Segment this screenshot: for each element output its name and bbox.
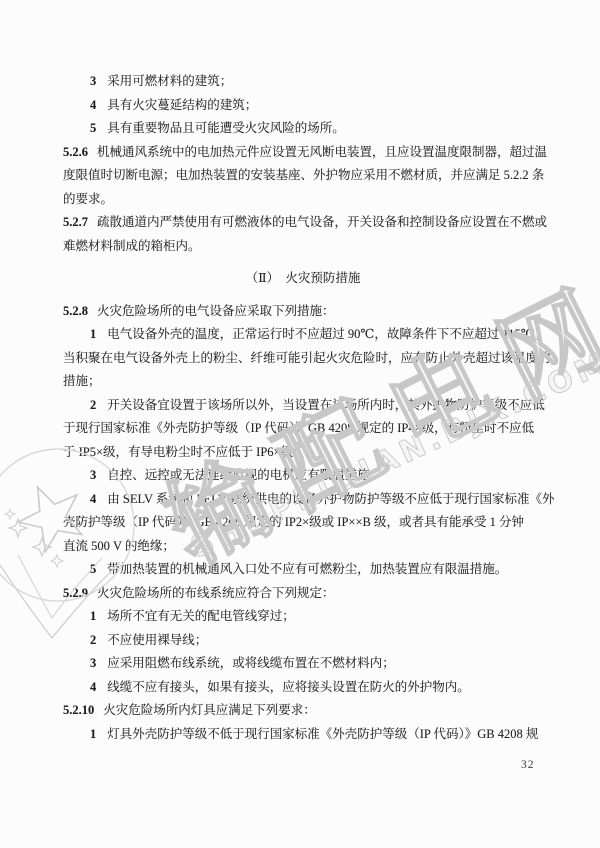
list-item-line: 3自控、远控或无法连续监视的电机应有限温措施； bbox=[63, 464, 543, 488]
line-text: 火灾危险场所内灯具应满足下列要求： bbox=[103, 703, 316, 717]
line-text: 采用可燃材料的建筑； bbox=[107, 74, 232, 88]
line-number: 2 bbox=[90, 398, 96, 412]
list-item-line: 1灯具外壳防护等级不低于现行国家标准《外壳防护等级（IP 代码）》GB 4208… bbox=[63, 723, 543, 747]
clause-line: 5.2.10火灾危险场所内灯具应满足下列要求： bbox=[63, 699, 543, 723]
line-number: 1 bbox=[90, 327, 96, 341]
line-text: 难燃材料制成的箱柜内。 bbox=[63, 239, 201, 253]
continuation-line: 于现行国家标准《外壳防护等级（IP 代码）》GB 4208 规定的 IP4×级，… bbox=[63, 417, 543, 441]
sparkle-star-icon bbox=[9, 519, 27, 537]
continuation-line: 直流 500 V 的绝缘； bbox=[63, 535, 543, 559]
line-text: 于 IP5×级，有导电粉尘时不应低于 IP6×级； bbox=[63, 445, 306, 459]
list-item-line: 3应采用阻燃布线系统，或将线缆布置在不燃材料内； bbox=[63, 652, 543, 676]
line-number: 2 bbox=[90, 633, 96, 647]
continuation-line: 的要求。 bbox=[63, 188, 543, 212]
list-item-line: 2不应使用裸导线； bbox=[63, 629, 543, 653]
line-text: 具有重要物品且可能遭受火灾风险的场所。 bbox=[107, 121, 345, 135]
line-number: 1 bbox=[90, 727, 96, 741]
continuation-line: 措施； bbox=[63, 370, 543, 394]
line-number: 4 bbox=[90, 98, 96, 112]
line-number: 3 bbox=[90, 468, 96, 482]
line-number: 5.2.9 bbox=[63, 586, 88, 600]
line-number: 5.2.7 bbox=[63, 215, 88, 229]
line-text: 于现行国家标准《外壳防护等级（IP 代码）》GB 4208 规定的 IP4×级，… bbox=[63, 421, 534, 435]
sparkle-star-icon bbox=[5, 509, 15, 519]
line-text: 火灾危险场所的布线系统应符合下列规定： bbox=[97, 586, 335, 600]
continuation-line: 度限值时切断电源；电加热装置的安装基座、外护物应采用不燃材质，并应满足 5.2.… bbox=[63, 164, 543, 188]
line-text: 疏散通道内严禁使用有可燃液体的电气设备，开关设备和控制设备应设置在不燃或 bbox=[97, 215, 547, 229]
clause-line: 5.2.8火灾危险场所的电气设备应采取下列措施： bbox=[63, 300, 543, 324]
document-content: 3采用可燃材料的建筑；4具有火灾蔓延结构的建筑；5具有重要物品且可能遭受火灾风险… bbox=[63, 70, 543, 746]
continuation-line: 壳防护等级（IP 代码）》GB 4208 规定的 IP2×级或 IP××B 级，… bbox=[63, 511, 543, 535]
line-text: 措施； bbox=[63, 374, 101, 388]
line-number: 5.2.6 bbox=[63, 145, 88, 159]
list-item-line: 5带加热装置的机械通风入口处不应有可燃粉尘，加热装置应有限温措施。 bbox=[63, 558, 543, 582]
continuation-line: 难燃材料制成的箱柜内。 bbox=[63, 235, 543, 259]
line-number: 5 bbox=[90, 121, 96, 135]
list-item-line: 1场所不宜有无关的配电管线穿过； bbox=[63, 605, 543, 629]
page-number: 32 bbox=[521, 759, 535, 771]
line-text: 壳防护等级（IP 代码）》GB 4208 规定的 IP2×级或 IP××B 级，… bbox=[63, 515, 524, 529]
list-item-line: 3采用可燃材料的建筑； bbox=[63, 70, 543, 94]
line-text: （Ⅱ） 火灾预防措施 bbox=[246, 271, 361, 285]
line-number: 4 bbox=[90, 680, 96, 694]
line-text: 不应使用裸导线； bbox=[107, 633, 207, 647]
line-number: 1 bbox=[90, 609, 96, 623]
line-number: 5.2.8 bbox=[63, 304, 88, 318]
line-text: 带加热装置的机械通风入口处不应有可燃粉尘，加热装置应有限温措施。 bbox=[107, 562, 507, 576]
line-text: 机械通风系统中的电加热元件应设置无风断电装置，且应设置温度限制器，超过温 bbox=[97, 145, 547, 159]
line-text: 场所不宜有无关的配电管线穿过； bbox=[107, 609, 295, 623]
list-item-line: 4由 SELV 系统和 PELV 系统供电的设备外护物防护等级不应低于现行国家标… bbox=[63, 488, 543, 512]
sparkle-star-icon bbox=[51, 555, 63, 567]
list-item-line: 2开关设备宜设置于该场所以外，当设置在该场所内时，其外护物防护等级不应低 bbox=[63, 394, 543, 418]
line-text: 由 SELV 系统和 PELV 系统供电的设备外护物防护等级不应低于现行国家标准… bbox=[107, 492, 554, 506]
line-number: 5.2.10 bbox=[63, 703, 94, 717]
clause-line: 5.2.6机械通风系统中的电加热元件应设置无风断电装置，且应设置温度限制器，超过… bbox=[63, 141, 543, 165]
line-text: 当积聚在电气设备外壳上的粉尘、纤维可能引起火灾危险时，应有防止外壳超过该温度的 bbox=[63, 351, 551, 365]
list-item-line: 5具有重要物品且可能遭受火灾风险的场所。 bbox=[63, 117, 543, 141]
line-text: 具有火灾蔓延结构的建筑； bbox=[107, 98, 257, 112]
continuation-line: 当积聚在电气设备外壳上的粉尘、纤维可能引起火灾危险时，应有防止外壳超过该温度的 bbox=[63, 347, 543, 371]
document-page: 输配电网 SHUPEIDIAN.BJX.COM.CN 3采用可燃材料的建筑；4具… bbox=[0, 0, 600, 848]
clause-line: 5.2.7疏散通道内严禁使用有可燃液体的电气设备，开关设备和控制设备应设置在不燃… bbox=[63, 211, 543, 235]
line-number: 5 bbox=[90, 562, 96, 576]
line-text: 直流 500 V 的绝缘； bbox=[63, 539, 175, 553]
list-item-line: 1电气设备外壳的温度，正常运行时不应超过 90℃，故障条件下不应超过 115℃； bbox=[63, 323, 543, 347]
line-text: 灯具外壳防护等级不低于现行国家标准《外壳防护等级（IP 代码）》GB 4208 … bbox=[107, 727, 538, 741]
line-number: 3 bbox=[90, 656, 96, 670]
sparkle-star-icon bbox=[33, 538, 51, 556]
line-text: 的要求。 bbox=[63, 192, 113, 206]
line-text: 线缆不应有接头，如果有接头，应将接头设置在防火的外护物内。 bbox=[107, 680, 470, 694]
line-number: 3 bbox=[90, 74, 96, 88]
list-item-line: 4线缆不应有接头，如果有接头，应将接头设置在防火的外护物内。 bbox=[63, 676, 543, 700]
subsection-heading: （Ⅱ） 火灾预防措施 bbox=[63, 267, 543, 291]
continuation-line: 于 IP5×级，有导电粉尘时不应低于 IP6×级； bbox=[63, 441, 543, 465]
line-text: 自控、远控或无法连续监视的电机应有限温措施； bbox=[107, 468, 382, 482]
line-text: 度限值时切断电源；电加热装置的安装基座、外护物应采用不燃材质，并应满足 5.2.… bbox=[63, 168, 544, 182]
line-text: 应采用阻燃布线系统，或将线缆布置在不燃材料内； bbox=[107, 656, 395, 670]
line-text: 开关设备宜设置于该场所以外，当设置在该场所内时，其外护物防护等级不应低 bbox=[107, 398, 545, 412]
line-text: 火灾危险场所的电气设备应采取下列措施： bbox=[97, 304, 335, 318]
list-item-line: 4具有火灾蔓延结构的建筑； bbox=[63, 94, 543, 118]
line-number: 4 bbox=[90, 492, 96, 506]
line-text: 电气设备外壳的温度，正常运行时不应超过 90℃，故障条件下不应超过 115℃； bbox=[107, 327, 547, 341]
clause-line: 5.2.9火灾危险场所的布线系统应符合下列规定： bbox=[63, 582, 543, 606]
